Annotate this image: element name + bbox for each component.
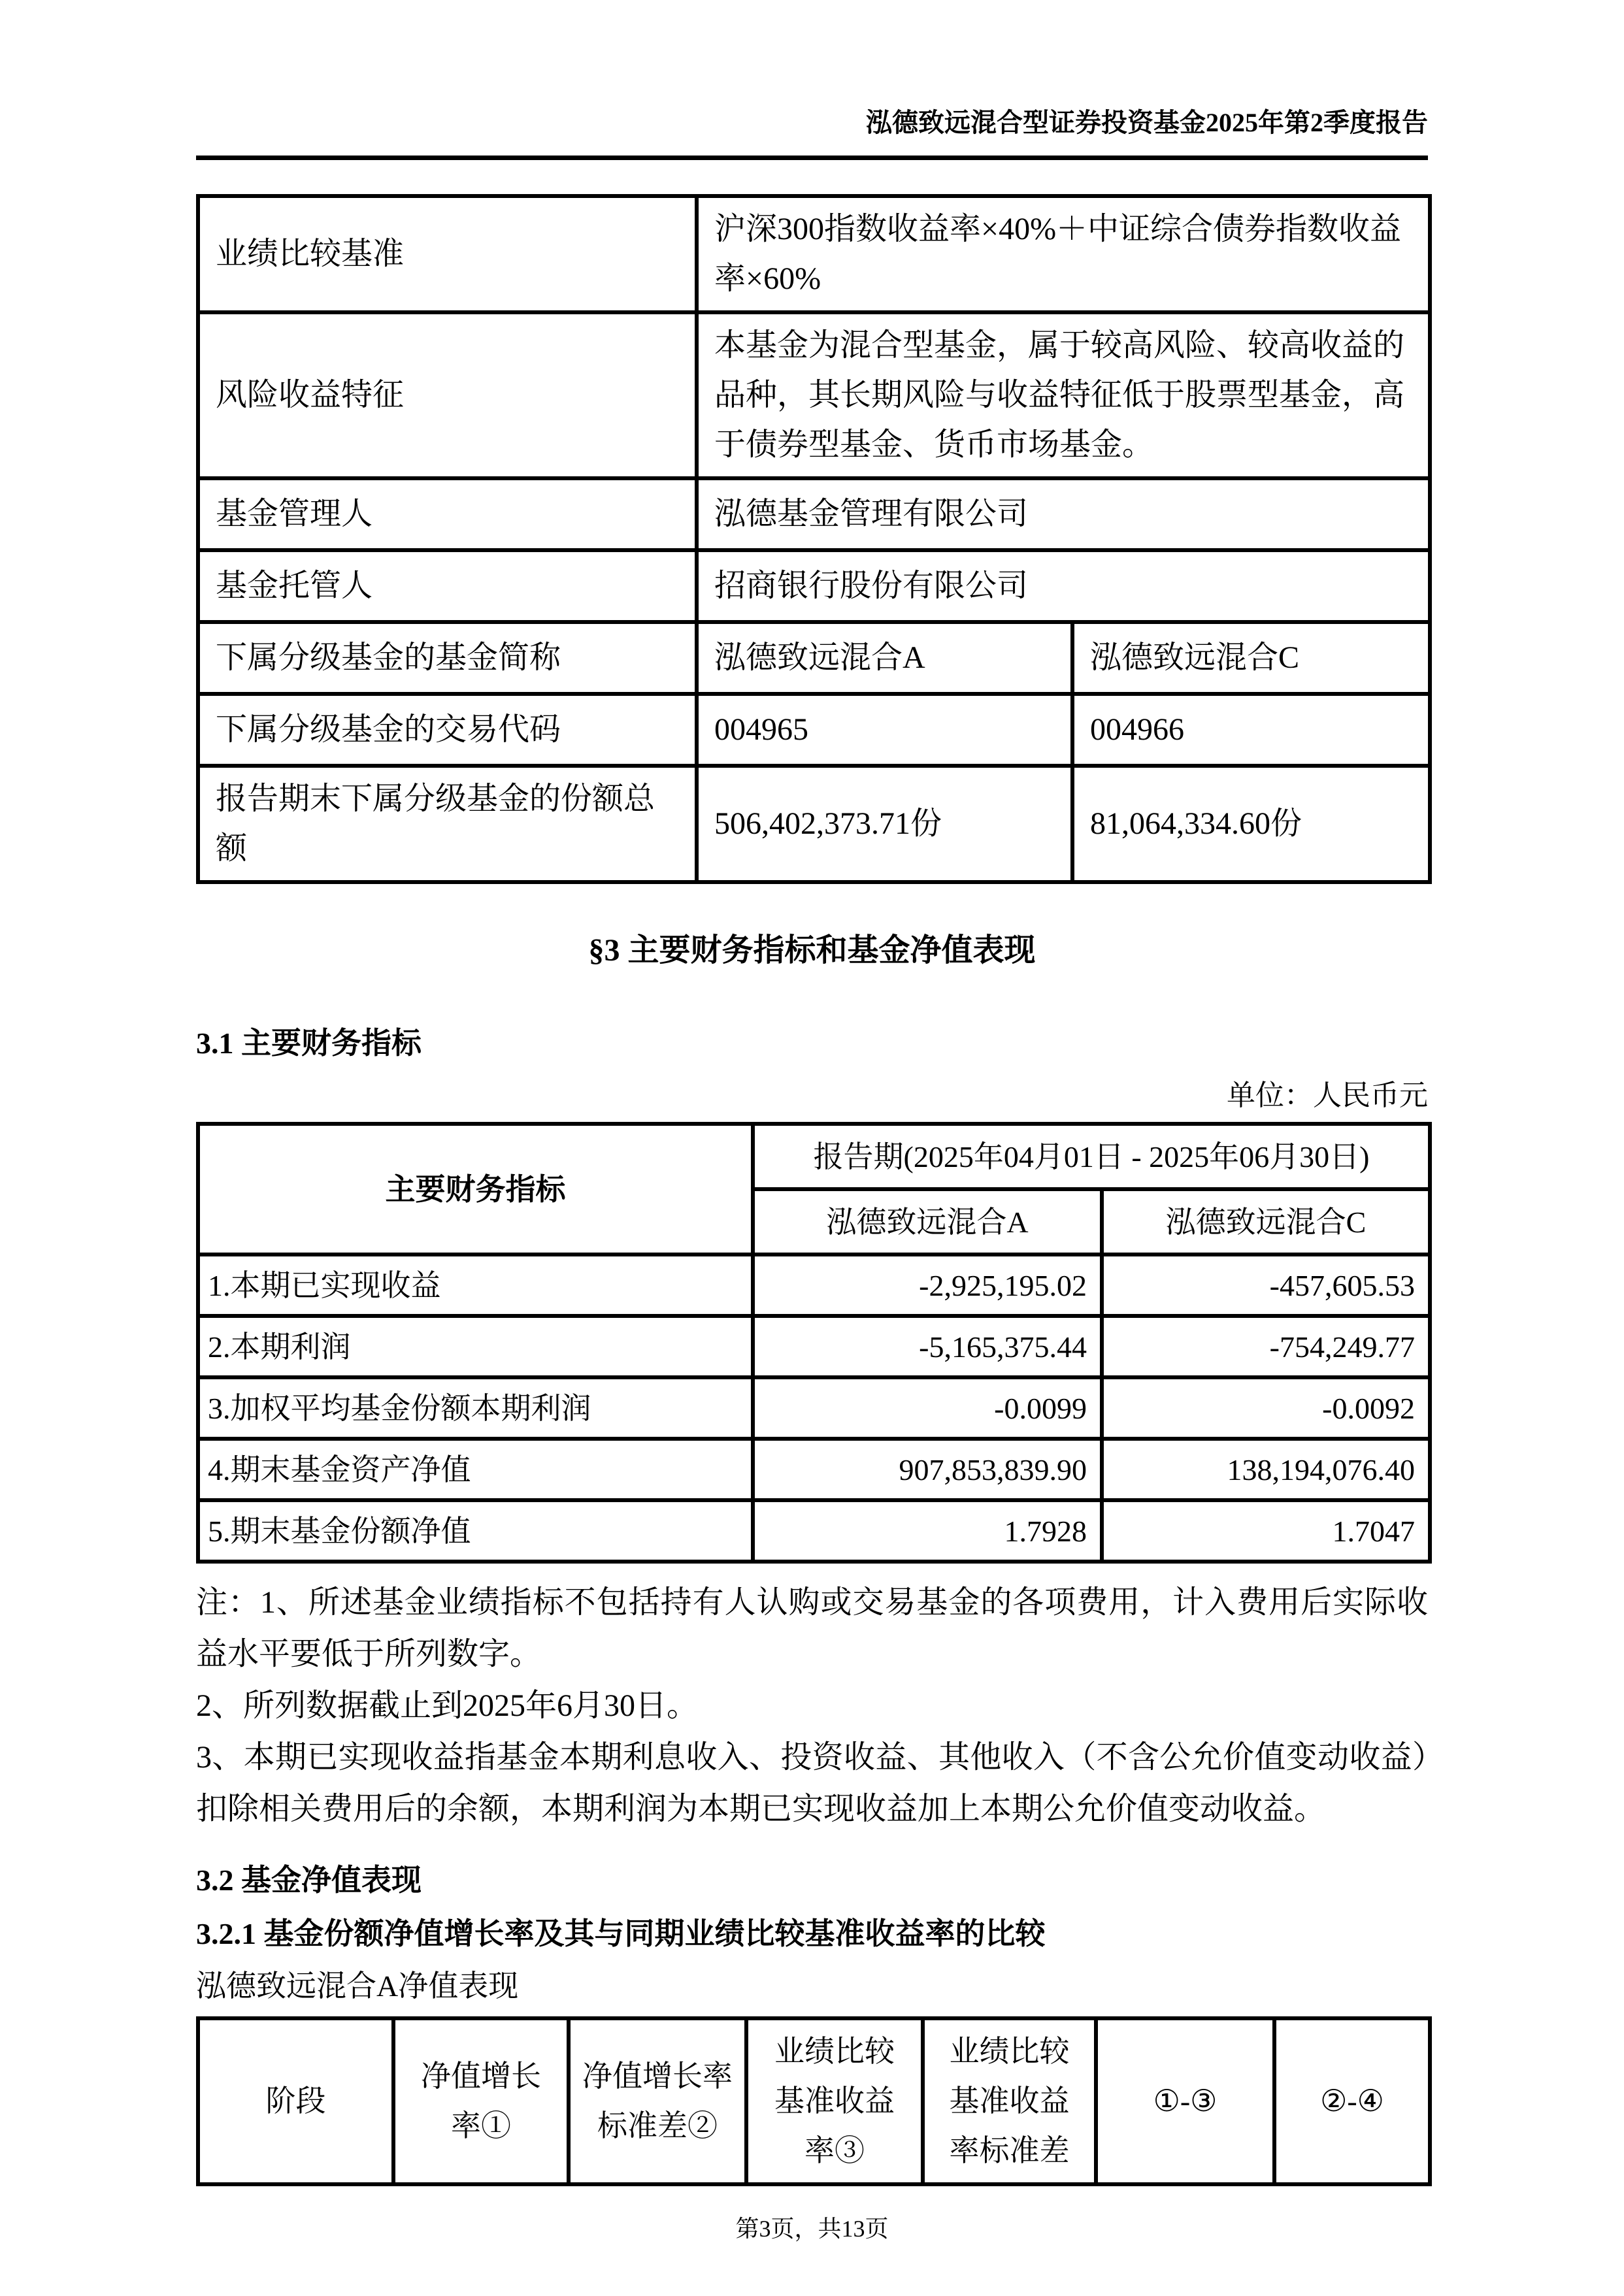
indicator-value-c: -0.0092 [1102,1377,1430,1439]
net-value-performance-table: 阶段 净值增长率① 净值增长率标准差② 业绩比较基准收益率③ 业绩比较基准收益率… [196,2016,1432,2186]
fund-info-value: 招商银行股份有限公司 [697,550,1430,622]
table-row: 4.期末基金资产净值 907,853,839.90 138,194,076.40 [198,1439,1430,1500]
header-rule [196,156,1428,160]
header-nav-growth-stddev: 净值增长率标准差② [569,2018,746,2184]
note-line: 3、本期已实现收益指基金本期利息收入、投资收益、其他收入（不含公允价值变动收益）… [196,1731,1428,1835]
fund-info-label: 基金管理人 [198,478,697,550]
fund-info-value-class-c: 81,064,334.60份 [1072,766,1430,882]
note-line: 2、所列数据截止到2025年6月30日。 [196,1680,1428,1731]
indicator-value-c: -754,249.77 [1102,1316,1430,1377]
fund-info-value-class-c: 泓德致远混合C [1072,622,1430,694]
note-line: 注：1、所述基金业绩指标不包括持有人认购或交易基金的各项费用，计入费用后实际收益… [196,1577,1428,1680]
table-row: 3.加权平均基金份额本期利润 -0.0099 -0.0092 [198,1377,1430,1439]
header-diff-2-4: ②-④ [1274,2018,1430,2184]
indicators-corner-header: 主要财务指标 [198,1124,753,1255]
table-row: 5.期末基金份额净值 1.7928 1.7047 [198,1500,1430,1562]
fund-info-table: 业绩比较基准 沪深300指数收益率×40%＋中证综合债券指数收益率×60% 风险… [196,194,1432,884]
indicator-value-a: -5,165,375.44 [753,1316,1102,1377]
fund-info-value: 泓德基金管理有限公司 [697,478,1430,550]
indicator-value-a: 907,853,839.90 [753,1439,1102,1500]
fund-info-value: 本基金为混合型基金，属于较高风险、较高收益的品种，其长期风险与收益特征低于股票型… [697,312,1430,478]
table-notes: 注：1、所述基金业绩指标不包括持有人认购或交易基金的各项费用，计入费用后实际收益… [196,1577,1428,1835]
report-page: 泓德致远混合型证券投资基金2025年第2季度报告 业绩比较基准 沪深300指数收… [0,0,1624,2296]
report-period-header: 报告期(2025年04月01日 - 2025年06月30日) [753,1124,1430,1189]
page-footer: 第3页，共13页 [196,2215,1428,2242]
header-benchmark-return: 业绩比较基准收益率③ [746,2018,923,2184]
table-row: 风险收益特征 本基金为混合型基金，属于较高风险、较高收益的品种，其长期风险与收益… [198,312,1430,478]
fund-info-value: 沪深300指数收益率×40%＋中证综合债券指数收益率×60% [697,196,1430,312]
fund-info-label: 基金托管人 [198,550,697,622]
table-row: 基金管理人 泓德基金管理有限公司 [198,478,1430,550]
header-stage: 阶段 [198,2018,393,2184]
page-content: 泓德致远混合型证券投资基金2025年第2季度报告 业绩比较基准 沪深300指数收… [196,0,1428,2242]
section31-title: 3.1 主要财务指标 [196,1025,1428,1062]
fund-info-label: 下属分级基金的交易代码 [198,694,697,766]
indicator-value-c: 1.7047 [1102,1500,1430,1562]
fund-info-label: 业绩比较基准 [198,196,697,312]
table-row: 下属分级基金的基金简称 泓德致远混合A 泓德致远混合C [198,622,1430,694]
indicator-label: 2.本期利润 [198,1316,753,1377]
page-header-title: 泓德致远混合型证券投资基金2025年第2季度报告 [196,108,1428,137]
section321-title: 3.2.1 基金份额净值增长率及其与同期业绩比较基准收益率的比较 [196,1916,1428,1952]
indicator-value-a: 1.7928 [753,1500,1102,1562]
indicator-value-c: -457,605.53 [1102,1255,1430,1316]
table-row: 基金托管人 招商银行股份有限公司 [198,550,1430,622]
header-diff-1-3: ①-③ [1096,2018,1274,2184]
section32-title: 3.2 基金净值表现 [196,1862,1428,1899]
financial-indicators-table: 主要财务指标 报告期(2025年04月01日 - 2025年06月30日) 泓德… [196,1122,1432,1564]
class-c-header: 泓德致远混合C [1102,1189,1430,1255]
header-benchmark-stddev: 业绩比较基准收益率标准差 [923,2018,1096,2184]
fund-info-label: 下属分级基金的基金简称 [198,622,697,694]
class-a-header: 泓德致远混合A [753,1189,1102,1255]
unit-note: 单位：人民币元 [196,1079,1428,1113]
fund-info-value-class-a: 506,402,373.71份 [697,766,1072,882]
fund-info-value-class-a: 004965 [697,694,1072,766]
table-row: 报告期末下属分级基金的份额总额 506,402,373.71份 81,064,3… [198,766,1430,882]
indicator-label: 3.加权平均基金份额本期利润 [198,1377,753,1439]
table-row: 2.本期利润 -5,165,375.44 -754,249.77 [198,1316,1430,1377]
fund-info-value-class-a: 泓德致远混合A [697,622,1072,694]
indicator-label: 5.期末基金份额净值 [198,1500,753,1562]
fund-info-label: 报告期末下属分级基金的份额总额 [198,766,697,882]
table-row: 业绩比较基准 沪深300指数收益率×40%＋中证综合债券指数收益率×60% [198,196,1430,312]
indicator-value-c: 138,194,076.40 [1102,1439,1430,1500]
fund-info-label: 风险收益特征 [198,312,697,478]
table-header-row: 主要财务指标 报告期(2025年04月01日 - 2025年06月30日) [198,1124,1430,1189]
table-header-row: 阶段 净值增长率① 净值增长率标准差② 业绩比较基准收益率③ 业绩比较基准收益率… [198,2018,1430,2184]
fund-info-value-class-c: 004966 [1072,694,1430,766]
header-nav-growth-rate: 净值增长率① [393,2018,569,2184]
indicator-value-a: -0.0099 [753,1377,1102,1439]
class-a-performance-caption: 泓德致远混合A净值表现 [196,1968,1428,2005]
table-row: 下属分级基金的交易代码 004965 004966 [198,694,1430,766]
section3-title: §3 主要财务指标和基金净值表现 [196,931,1428,970]
indicator-value-a: -2,925,195.02 [753,1255,1102,1316]
indicator-label: 4.期末基金资产净值 [198,1439,753,1500]
table-row: 1.本期已实现收益 -2,925,195.02 -457,605.53 [198,1255,1430,1316]
indicator-label: 1.本期已实现收益 [198,1255,753,1316]
